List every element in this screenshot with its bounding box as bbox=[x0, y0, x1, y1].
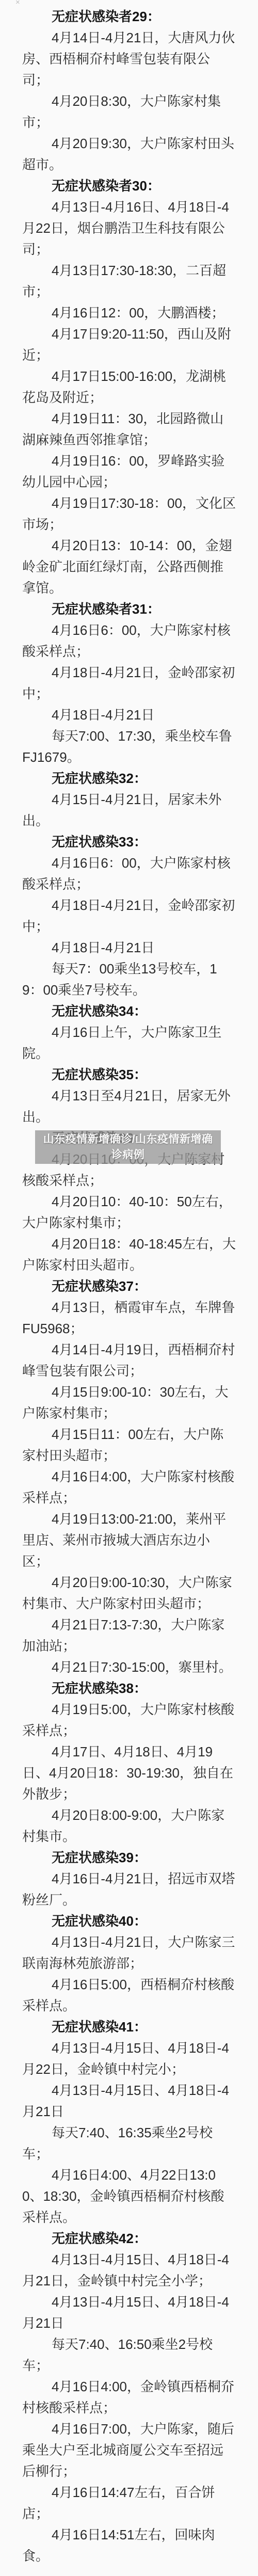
case-entry: 每天7:40、16:50乘坐2号校车； bbox=[22, 2334, 236, 2376]
case-entry: 4月16日上午，大户陈家卫生院。 bbox=[22, 1022, 236, 1064]
watermark-line-1: 山东疫情新增确诊/山东疫情新增确 bbox=[35, 1132, 221, 1147]
case-entry: 4月16日14:51左右，回味肉食。 bbox=[22, 2524, 236, 2567]
case-entry: 4月16日4:00、4月22日13:00、18:30，金岭镇西梧桐夼村核酸采样点… bbox=[22, 2165, 236, 2228]
case-entry: 4月17日9:20-11:50，西山及附近； bbox=[22, 324, 236, 366]
case-entry: 4月18日-4月21日，金岭邵家初中； bbox=[22, 895, 236, 937]
case-entry: 4月16日4:00，金岭镇西梧桐夼村核酸采样点； bbox=[22, 2376, 236, 2419]
case-entry: 4月20日9:30，大户陈家村田头超市。 bbox=[22, 133, 236, 175]
case-entry: 4月21日7:13-7:30，大户陈家加油站； bbox=[22, 1614, 236, 1657]
case-entry: 4月17日、4月18日、4月19日、4月20日18：30-19:30，独自在外散… bbox=[22, 1741, 236, 1805]
case-entry: 4月14日-4月21日，大唐风力伙房、西梧桐夼村峰雪包装有限公司； bbox=[22, 27, 236, 91]
case-entry: 4月19日11：30，北园路微山湖麻辣鱼西邻推拿馆； bbox=[22, 408, 236, 451]
case-entry: 4月13日-4月16日、4月18日-4月22日，烟台鹏浩卫生科技有限公司； bbox=[22, 197, 236, 260]
case-entry: 每天7:00、17:30，乘坐校车鲁FJ1679。 bbox=[22, 726, 236, 768]
case-entry: 4月17日15:00-16:00，龙湖桃花岛及附近； bbox=[22, 366, 236, 408]
case-entry: 4月16日12：00，大鹏酒楼； bbox=[22, 302, 236, 324]
case-entry: 4月19日13:00-21:00，莱州平里店、莱州市掖城大酒店东边小区； bbox=[22, 1509, 236, 1572]
case-title: 无症状感染40： bbox=[22, 1911, 236, 1932]
case-entry: 4月19日5:00，大户陈家村核酸采样点； bbox=[22, 1699, 236, 1741]
watermark-line-2: 诊病例 bbox=[35, 1147, 221, 1163]
case-entry: 4月15日-4月21日，居家未外出。 bbox=[22, 789, 236, 831]
case-entry: 4月16日6：00，大户陈家村核酸采样点； bbox=[22, 620, 236, 662]
case-entry: 4月20日10：40-10：50左右，大户陈家村集市； bbox=[22, 1191, 236, 1234]
case-block: 无症状感染37：4月13日，栖霞审车点，车牌鲁FU5968；4月14日-4月19… bbox=[22, 1276, 236, 1678]
case-entry: 4月13日-4月15日、4月18日-4月21日 bbox=[22, 2292, 236, 2334]
case-entry: 4月20日13：10-14：00，金翅岭金矿北面红绿灯南，公路西侧推拿馆。 bbox=[22, 535, 236, 599]
case-entry: 4月19日16：00，罗峰路实验幼儿园中心园； bbox=[22, 451, 236, 493]
case-title: 无症状感染者31： bbox=[22, 599, 236, 620]
case-entry: 4月15日11：00左右，大户陈家村田头超市； bbox=[22, 1424, 236, 1466]
case-block: 无症状感染33：4月16日6：00，大户陈家村核酸采样点；4月18日-4月21日… bbox=[22, 831, 236, 1001]
case-block: 无症状感染39：4月16日-4月21日，招远市双塔粉丝厂。 bbox=[22, 1847, 236, 1911]
case-block: 无症状感染者29：4月14日-4月21日，大唐风力伙房、西梧桐夼村峰雪包装有限公… bbox=[22, 6, 236, 175]
case-entry: 4月16日14:47左右，百合饼店； bbox=[22, 2482, 236, 2524]
case-block: 无症状感染者31：4月16日6：00，大户陈家村核酸采样点；4月18日-4月21… bbox=[22, 599, 236, 768]
case-entry: 4月13日，栖霞审车点，车牌鲁FU5968； bbox=[22, 1297, 236, 1339]
case-title: 无症状感染37： bbox=[22, 1276, 236, 1297]
case-block: 无症状感染35：4月13日至4月21日，居家无外出。 bbox=[22, 1064, 236, 1128]
case-entry: 4月18日-4月21日，金岭邵家初中； bbox=[22, 662, 236, 705]
case-title: 无症状感染34： bbox=[22, 1001, 236, 1022]
case-title: 无症状感染39： bbox=[22, 1847, 236, 1868]
case-block: 无症状感染38：4月19日5:00，大户陈家村核酸采样点；4月17日、4月18日… bbox=[22, 1678, 236, 1847]
case-entry: 4月16日7:00，大户陈家，随后乘坐大户至北城商厦公交车至招远后柳行； bbox=[22, 2419, 236, 2482]
case-title: 无症状感染者30： bbox=[22, 175, 236, 197]
case-entry: 4月16日5:00，西梧桐夼村核酸采样点。 bbox=[22, 1974, 236, 2017]
case-entry: 每天7:40、16:35乘坐2号校车； bbox=[22, 2122, 236, 2165]
case-block: 无症状感染者30：4月13日-4月16日、4月18日-4月22日，烟台鹏浩卫生科… bbox=[22, 175, 236, 599]
case-entry: 4月16日-4月21日，招远市双塔粉丝厂。 bbox=[22, 1868, 236, 1911]
case-entry: 4月13日-4月15日、4月18日-4月21日 bbox=[22, 2080, 236, 2122]
notice-document: 无症状感染者29：4月14日-4月21日，大唐风力伙房、西梧桐夼村峰雪包装有限公… bbox=[0, 0, 258, 2576]
case-entry: 4月20日18：40-18:45左右，大户陈家村田头超市。 bbox=[22, 1234, 236, 1276]
case-entry: 4月20日9:00-10:30，大户陈家村集市、大户陈家村田头超市； bbox=[22, 1572, 236, 1614]
case-entry: 4月13日-4月21日，大户陈家三联南海林苑旅游部； bbox=[22, 1932, 236, 1974]
case-entry: 4月18日-4月21日 bbox=[22, 937, 236, 958]
case-entry: 4月13日至4月21日，居家无外出。 bbox=[22, 1085, 236, 1128]
case-title: 无症状感染41： bbox=[22, 2017, 236, 2038]
case-block: 无症状感染42：4月13日-4月15日、4月18日-4月21日，金岭镇中村完全小… bbox=[22, 2228, 236, 2567]
case-entry: 4月13日-4月15日、4月18日-4月22日，金岭镇中村完小； bbox=[22, 2038, 236, 2080]
case-entry: 4月16日6：00，大户陈家村核酸采样点； bbox=[22, 853, 236, 895]
case-entry: 4月16日4:00，大户陈家村核酸采样点； bbox=[22, 1466, 236, 1509]
case-entry: 4月13日17:30-18:30，二百超市； bbox=[22, 260, 236, 302]
case-entry: 4月21日7:30-15:00，寨里村。 bbox=[22, 1657, 236, 1678]
case-entry: 4月19日17:30-18：00，文化区市场； bbox=[22, 493, 236, 535]
case-title: 无症状感染32： bbox=[22, 768, 236, 789]
case-entry: 每天7：00乘坐13号校车，19：00乘坐7号校车。 bbox=[22, 958, 236, 1001]
case-block: 无症状感染41：4月13日-4月15日、4月18日-4月22日，金岭镇中村完小；… bbox=[22, 2017, 236, 2228]
case-entry: 4月20日8:00-9:00，大户陈家村集市。 bbox=[22, 1805, 236, 1847]
case-entry: 4月15日9:00-10：30左右，大户陈家村集市； bbox=[22, 1382, 236, 1424]
case-title: 无症状感染35： bbox=[22, 1064, 236, 1085]
case-entry: 4月18日-4月21日 bbox=[22, 705, 236, 726]
case-block: 无症状感染32：4月15日-4月21日，居家未外出。 bbox=[22, 768, 236, 831]
case-title: 无症状感染33： bbox=[22, 831, 236, 853]
case-block: 无症状感染34：4月16日上午，大户陈家卫生院。 bbox=[22, 1001, 236, 1064]
case-title: 无症状感染42： bbox=[22, 2228, 236, 2249]
case-entry: 4月20日8:30，大户陈家村集市； bbox=[22, 91, 236, 133]
case-title: 无症状感染38： bbox=[22, 1678, 236, 1699]
case-block: 无症状感染40：4月13日-4月21日，大户陈家三联南海林苑旅游部；4月16日5… bbox=[22, 1911, 236, 2017]
watermark-overlay: 山东疫情新增确诊/山东疫情新增确 诊病例 bbox=[35, 1132, 221, 1163]
case-entry: 4月14日-4月19日，西梧桐夼村峰雪包装有限公司； bbox=[22, 1339, 236, 1382]
case-title: 无症状感染者29： bbox=[22, 6, 236, 27]
case-entry: 4月13日-4月15日、4月18日-4月21日，金岭镇中村完全小学； bbox=[22, 2249, 236, 2292]
